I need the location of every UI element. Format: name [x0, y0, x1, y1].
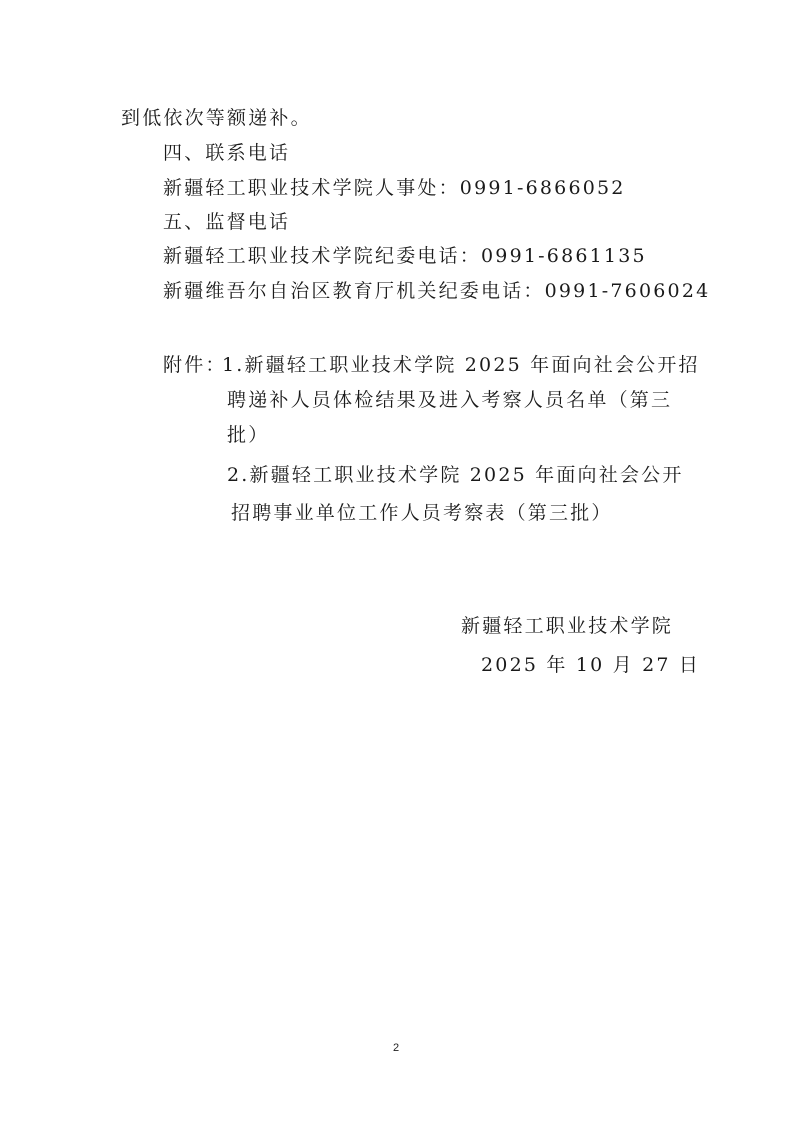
page-number: 2	[393, 1042, 399, 1054]
attachment-2-line-2: 招聘事业单位工作人员考察表（第三批）	[231, 501, 613, 525]
section-4-heading: 四、联系电话	[163, 141, 290, 165]
attachment-1-line-3: 批）	[227, 423, 269, 447]
attachment-2-line-1: 2.新疆轻工职业技术学院 2025 年面向社会公开	[227, 463, 684, 487]
signature-organization: 新疆轻工职业技术学院	[461, 614, 673, 638]
contact-phone-hr: 新疆轻工职业技术学院人事处：0991-6866052	[163, 176, 626, 200]
body-continuation: 到低依次等额递补。	[121, 106, 312, 130]
supervision-phone-college: 新疆轻工职业技术学院纪委电话：0991-6861135	[163, 244, 647, 268]
signature-date: 2025 年 10 月 27 日	[481, 653, 700, 677]
attachment-1-line-1: 1.新疆轻工职业技术学院 2025 年面向社会公开招	[222, 353, 700, 377]
section-5-heading: 五、监督电话	[163, 210, 290, 234]
supervision-phone-education-dept: 新疆维吾尔自治区教育厅机关纪委电话：0991-7606024	[163, 279, 710, 303]
attachments-label: 附件：	[163, 353, 227, 377]
attachment-1-line-2: 聘递补人员体检结果及进入考察人员名单（第三	[227, 388, 672, 412]
